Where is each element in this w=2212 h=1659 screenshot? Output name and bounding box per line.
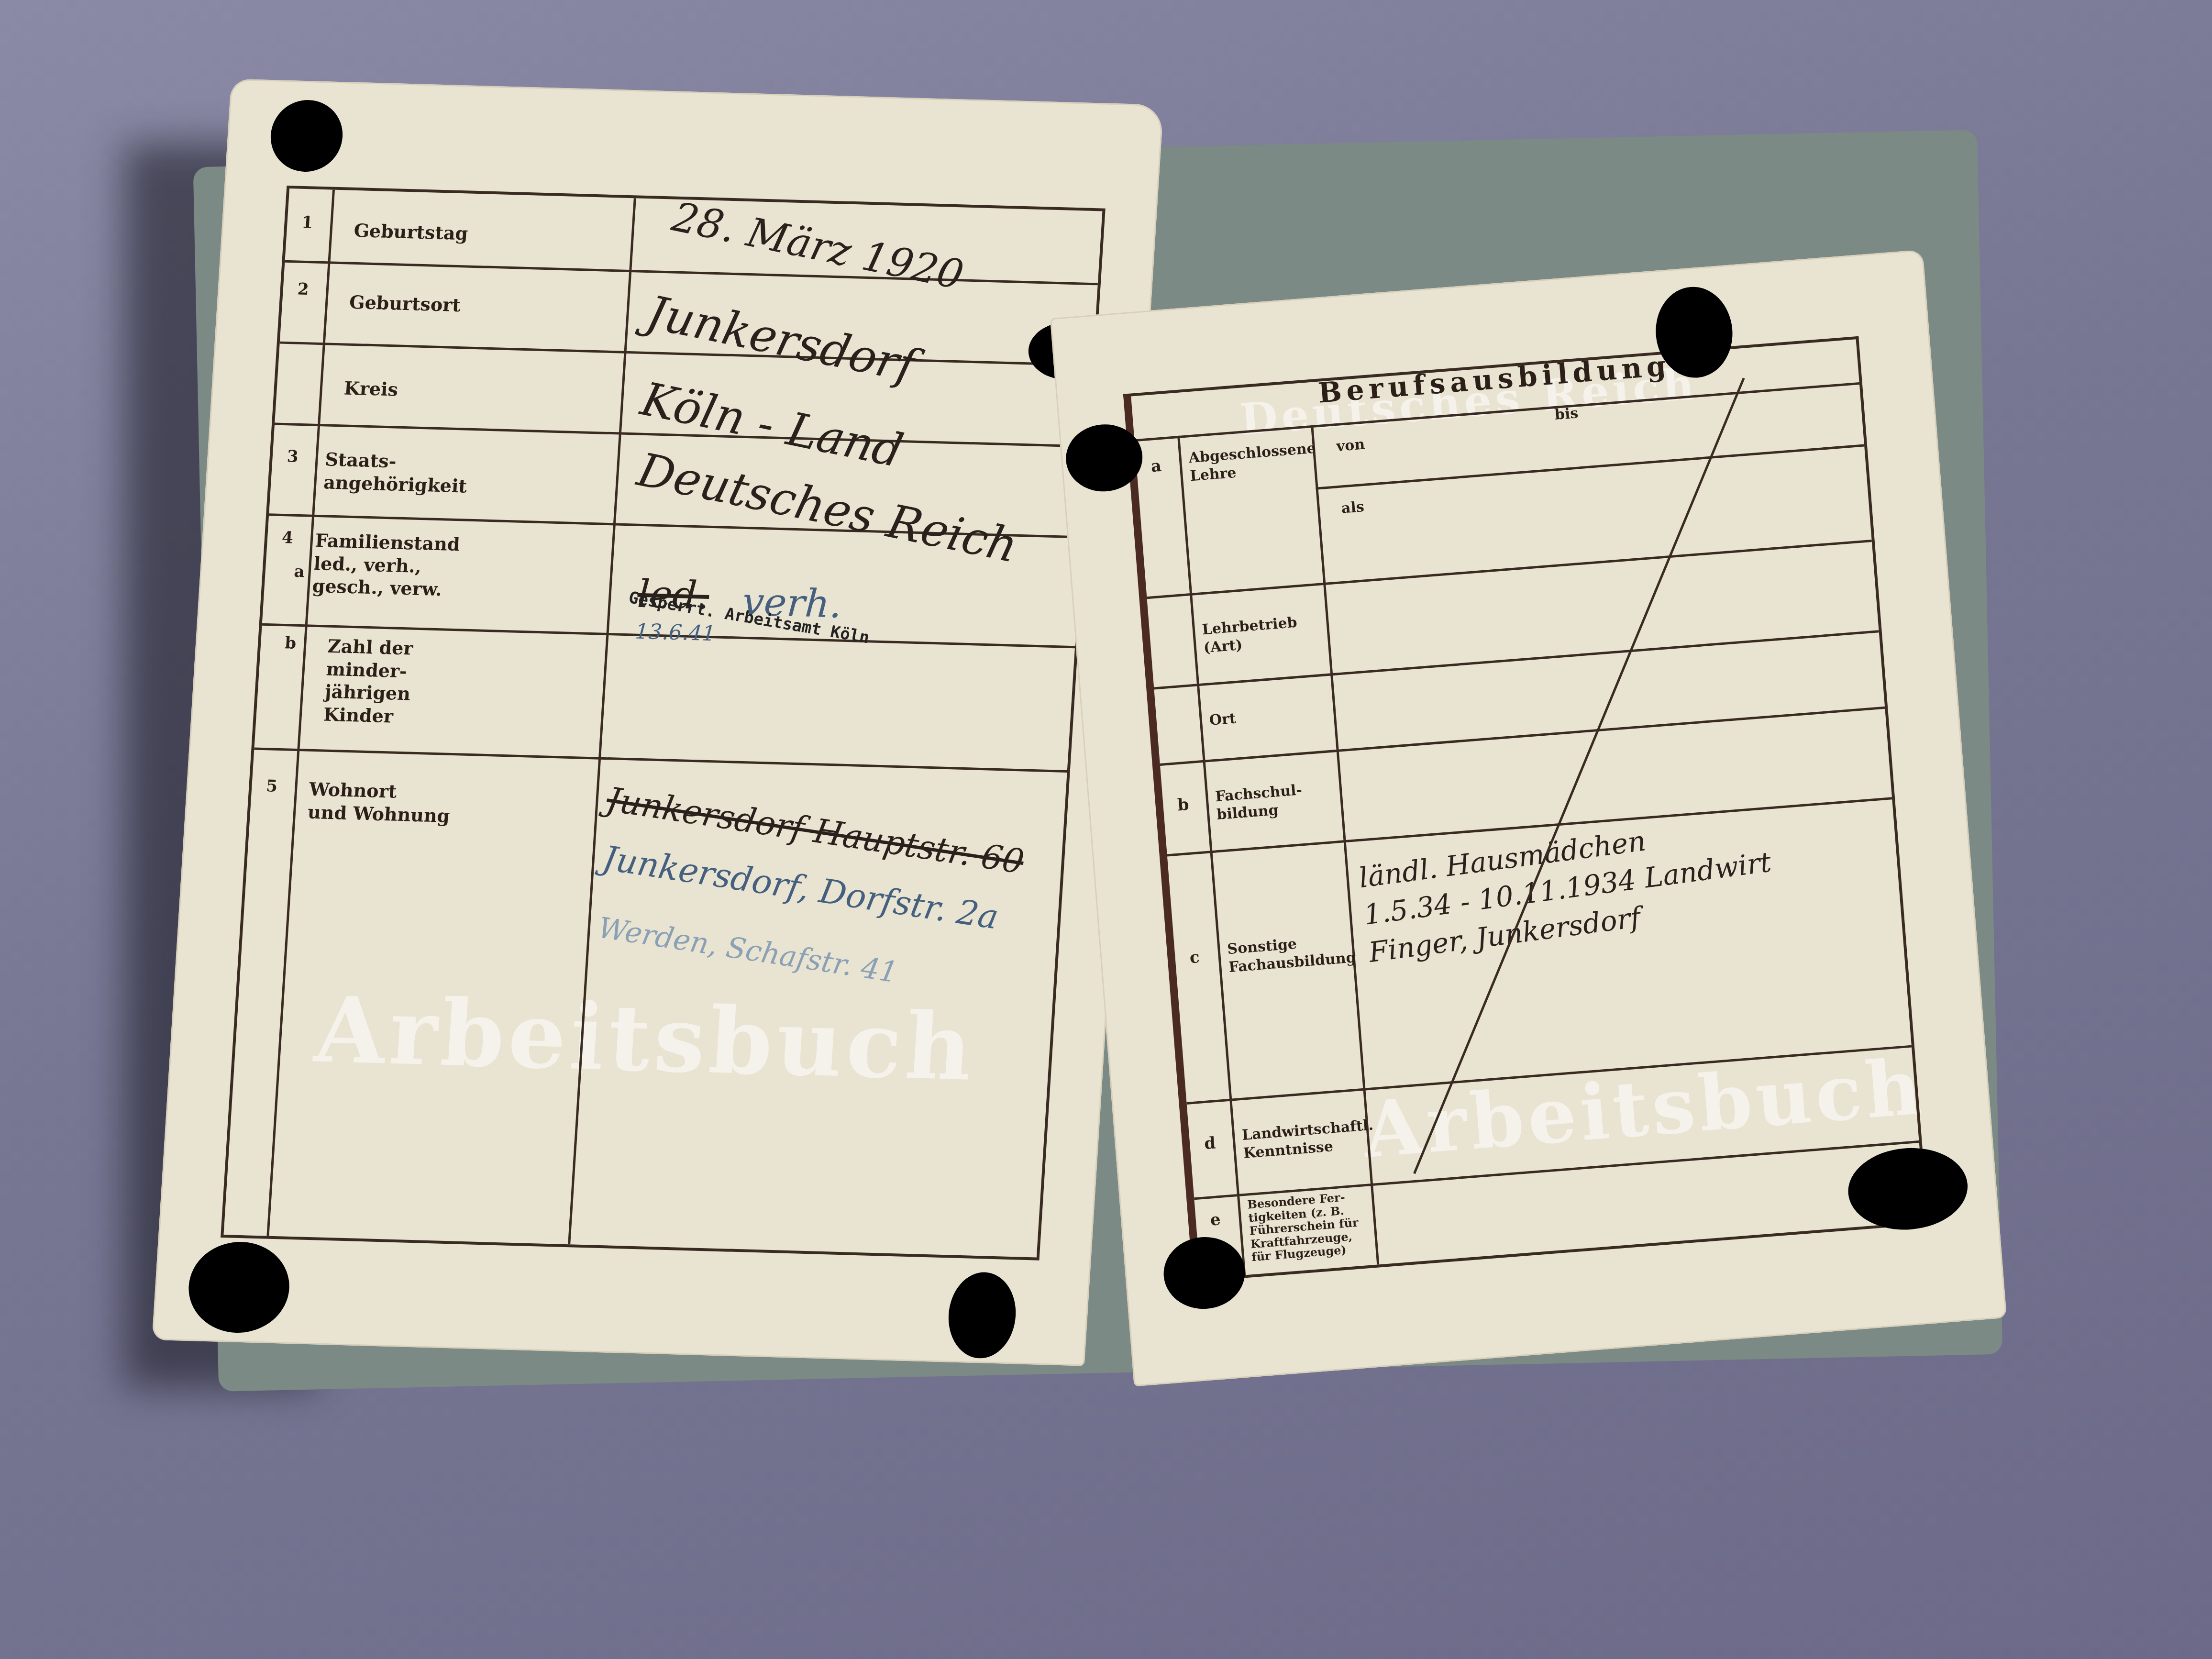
redaction-dot [268,99,344,173]
left-page: Arbeitsbuch 1 Geburtstag 28. März 1920 2… [152,79,1163,1366]
row-kinder: b Zahl der minder- jährigen Kinder [254,623,1075,773]
redaction-dot [186,1240,292,1334]
right-page: Arbeitsbuch Deutsches Reich Berufsausbil… [1050,250,2007,1387]
personal-data-table: 1 Geburtstag 28. März 1920 2 Geburtsort … [221,186,1106,1261]
redaction-dot [946,1272,1018,1360]
berufsausbildung-table: Berufsausbildung a Abgeschlossene Lehre … [1123,336,1928,1282]
row-wohnort: 5 Wohnort und Wohnung Junkersdorf Haupts… [224,747,1067,1252]
